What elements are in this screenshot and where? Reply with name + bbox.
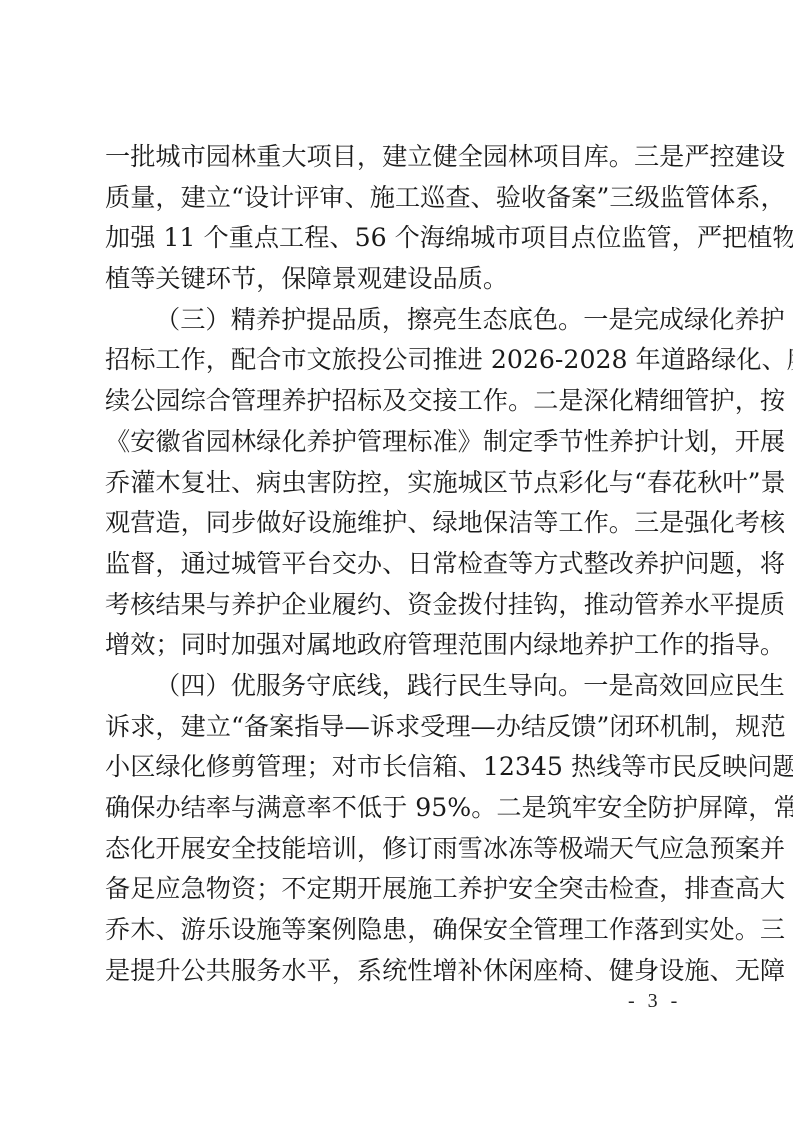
document-page: 一批城市园林重大项目，建立健全园林项目库。三是严控建设 质量，建立“设计评审、施…: [0, 0, 793, 1122]
text-line: 质量，建立“设计评审、施工巡查、验收备案”三级监管体系，: [105, 178, 689, 219]
section-heading-line: （四）优服务守底线，践行民生导向。一是高效回应民生: [105, 666, 689, 707]
text-line: 小区绿化修剪管理；对市长信箱、12345 热线等市民反映问题，: [105, 747, 689, 788]
document-body: 一批城市园林重大项目，建立健全园林项目库。三是严控建设 质量，建立“设计评审、施…: [105, 137, 689, 991]
section-heading-line: （三）精养护提品质，擦亮生态底色。一是完成绿化养护: [105, 300, 689, 341]
paragraph-continuation: 一批城市园林重大项目，建立健全园林项目库。三是严控建设 质量，建立“设计评审、施…: [105, 137, 689, 300]
paragraph-section-4: （四）优服务守底线，践行民生导向。一是高效回应民生 诉求，建立“备案指导—诉求受…: [105, 666, 689, 992]
text-line: 《安徽省园林绿化养护管理标准》制定季节性养护计划，开展: [105, 422, 689, 463]
text-line: 确保办结率与满意率不低于 95%。二是筑牢安全防护屏障，常: [105, 788, 689, 829]
text-line: 考核结果与养护企业履约、资金拨付挂钩，推动管养水平提质: [105, 585, 689, 626]
text-line: 乔灌木复壮、病虫害防控，实施城区节点彩化与“春花秋叶”景: [105, 463, 689, 504]
text-line: 诉求，建立“备案指导—诉求受理—办结反馈”闭环机制，规范: [105, 707, 689, 748]
text-line: 乔木、游乐设施等案例隐患，确保安全管理工作落到实处。三: [105, 910, 689, 951]
paragraph-section-3: （三）精养护提品质，擦亮生态底色。一是完成绿化养护 招标工作，配合市文旅投公司推…: [105, 300, 689, 666]
text-line: 招标工作，配合市文旅投公司推进 2026-2028 年道路绿化、赓: [105, 340, 689, 381]
page-number: - 3 -: [628, 990, 681, 1013]
text-line: 备足应急物资；不定期开展施工养护安全突击检查，排查高大: [105, 869, 689, 910]
text-line: 监督，通过城管平台交办、日常检查等方式整改养护问题，将: [105, 544, 689, 585]
text-line: 观营造，同步做好设施维护、绿地保洁等工作。三是强化考核: [105, 503, 689, 544]
text-line: 植等关键环节，保障景观建设品质。: [105, 259, 689, 300]
text-line: 态化开展安全技能培训，修订雨雪冰冻等极端天气应急预案并: [105, 829, 689, 870]
text-line: 加强 11 个重点工程、56 个海绵城市项目点位监管，严把植物种: [105, 218, 689, 259]
text-line: 一批城市园林重大项目，建立健全园林项目库。三是严控建设: [105, 137, 689, 178]
text-line: 续公园综合管理养护招标及交接工作。二是深化精细管护，按: [105, 381, 689, 422]
text-line: 增效；同时加强对属地政府管理范围内绿地养护工作的指导。: [105, 625, 689, 666]
text-line: 是提升公共服务水平，系统性增补休闲座椅、健身设施、无障: [105, 951, 689, 992]
